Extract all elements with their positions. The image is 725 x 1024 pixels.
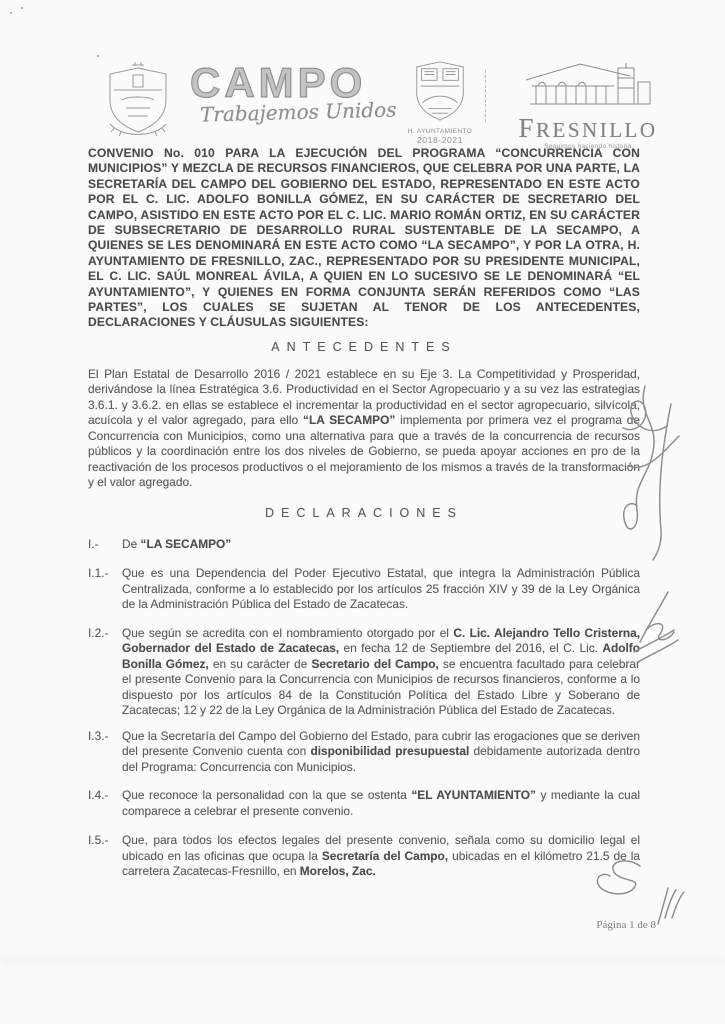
municipal-crest-icon	[410, 60, 470, 122]
intro-text: De	[122, 537, 141, 551]
item-bold-term: Secretario del Campo,	[312, 657, 439, 671]
item-label: I.2.-	[88, 626, 122, 719]
intro-bold-term: “LA SECAMPO”	[141, 537, 232, 551]
fresnillo-building-icon	[518, 60, 658, 106]
declaration-item: I.5.- Que, para todos los efectos legale…	[88, 833, 640, 880]
item-text: Que según se acredita con el nombramient…	[122, 626, 453, 640]
item-bold-term: “EL AYUNTAMIENTO”	[411, 788, 536, 802]
municipal-crest-years: 2018-2021	[404, 135, 476, 145]
antecedentes-paragraph: El Plan Estatal de Desarrollo 2016 / 202…	[88, 367, 640, 491]
municipal-crest-caption: H. AYUNTAMIENTO	[404, 128, 476, 135]
antecedentes-heading: ANTECEDENTES	[88, 340, 640, 354]
header-divider	[485, 70, 486, 122]
page-footer: Página 1 de 8	[596, 919, 656, 931]
signature-initials-bottom	[650, 882, 692, 930]
item-bold-term: Secretaría del Campo,	[322, 849, 448, 863]
document-body: CONVENIO No. 010 PARA LA EJECUCIÓN DEL P…	[88, 146, 640, 880]
item-label: I.1.-	[88, 566, 122, 613]
signature-loop-bottom	[592, 854, 650, 902]
item-label: I.3.-	[88, 729, 122, 776]
declaration-item: I.2.- Que según se acredita con el nombr…	[88, 626, 640, 719]
item-body: Que según se acredita con el nombramient…	[122, 626, 640, 719]
declaration-intro: I.- De “LA SECAMPO”	[88, 537, 640, 553]
item-body: Que, para todos los efectos legales del …	[122, 833, 640, 880]
header: CAMPO Trabajemos Unidos H. AYUNTAMIENTO …	[0, 0, 725, 145]
item-body: Que reconoce la personalidad con la que …	[122, 788, 640, 819]
campo-tagline: Trabajemos Unidos	[200, 97, 397, 126]
signature-mark-large	[615, 382, 705, 572]
scanned-document-page: CAMPO Trabajemos Unidos H. AYUNTAMIENTO …	[0, 0, 725, 1024]
item-body: Que es una Dependencia del Poder Ejecuti…	[122, 566, 640, 613]
declaraciones-heading: DECLARACIONES	[88, 506, 640, 520]
state-coat-of-arms-icon	[88, 62, 188, 142]
item-label: I.-	[88, 537, 122, 553]
item-bold-term: disponibilidad presupuestal	[310, 744, 469, 758]
declaration-item: I.3.- Que la Secretaría del Campo del Go…	[88, 729, 640, 776]
item-label: I.4.-	[88, 788, 122, 819]
declaration-item: I.1.- Que es una Dependencia del Poder E…	[88, 566, 640, 613]
item-text: en fecha 12 de Septiembre del 2016, el C…	[339, 641, 602, 655]
item-text: Que reconoce la personalidad con la que …	[122, 788, 411, 802]
item-bold-term: Morelos, Zac.	[300, 864, 376, 878]
item-text: en su carácter de	[209, 657, 312, 671]
antecedentes-bold-term: “LA SECAMPO”	[303, 413, 395, 427]
fresnillo-wordmark: FRESNILLO	[498, 113, 678, 144]
signature-initials-mid	[628, 586, 692, 670]
title-paragraph: CONVENIO No. 010 PARA LA EJECUCIÓN DEL P…	[88, 146, 640, 331]
item-label: I.5.-	[88, 833, 122, 880]
declaration-item: I.4.- Que reconoce la personalidad con l…	[88, 788, 640, 819]
scanner-shadow-streak	[0, 956, 725, 966]
item-body: Que la Secretaría del Campo del Gobierno…	[122, 729, 640, 776]
